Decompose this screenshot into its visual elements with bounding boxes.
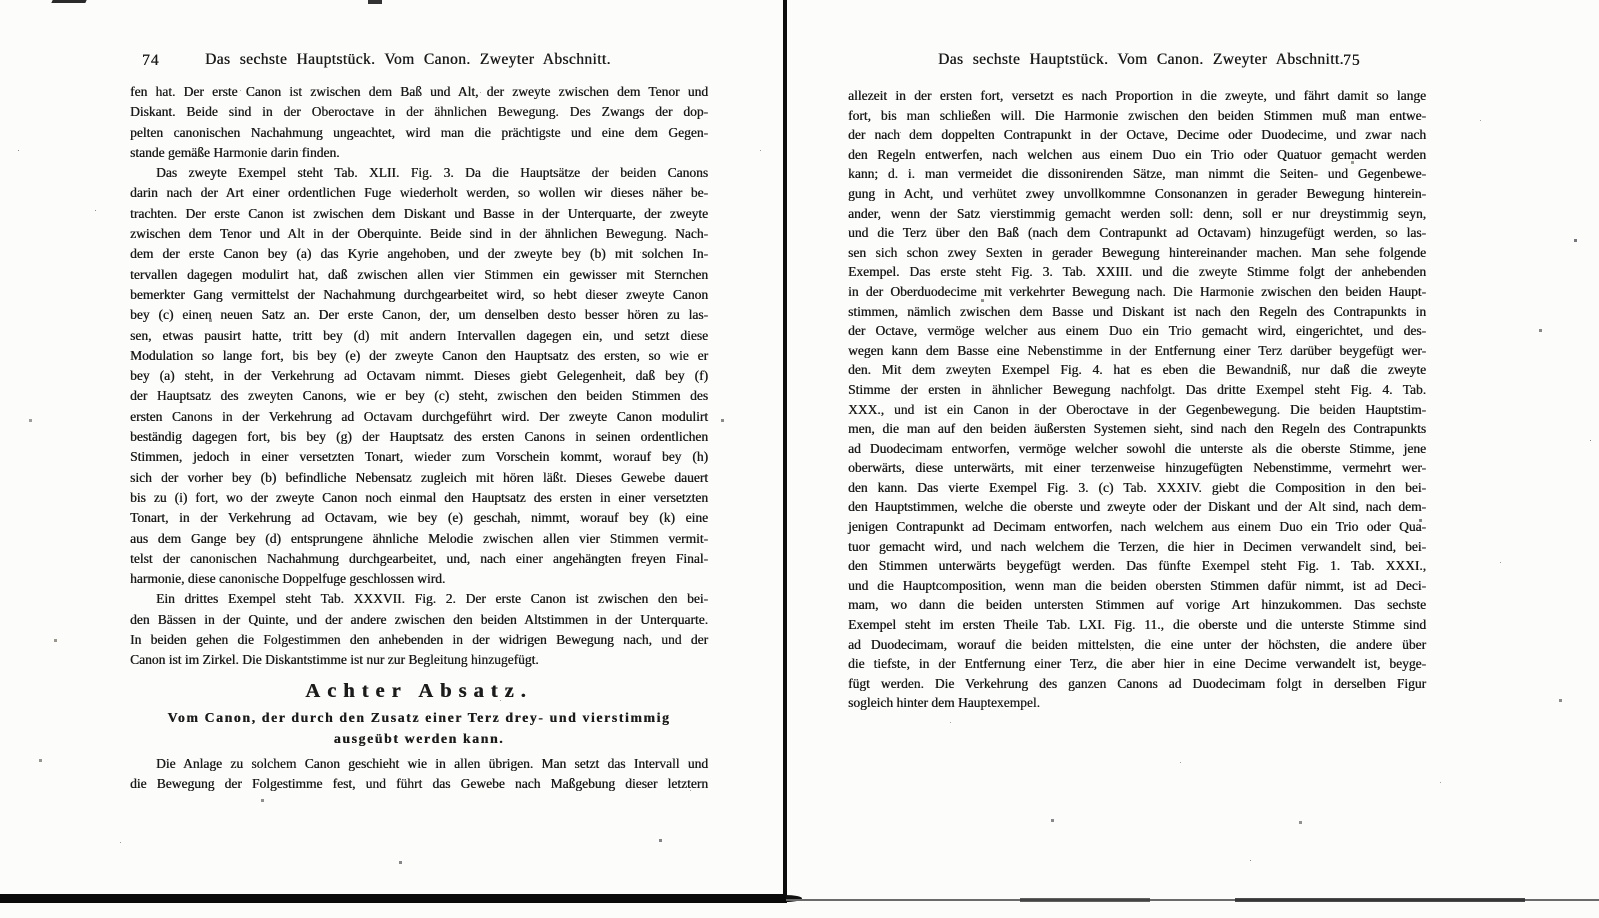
text-line: in der Oberduodecime mit verkehrter Bewe… [848, 282, 1426, 302]
text-line: trachten. Der erste Canon ist zwischen d… [130, 204, 708, 224]
text-line: jenigen Contrapunkt ad Decimam entworfen… [848, 517, 1426, 537]
text-line: Modulation so lange fort, bis bey (e) de… [130, 346, 708, 366]
text-line: sich der vorher bey (b) befindliche Nebe… [130, 468, 708, 488]
text-line: In beiden gehen die Folgestimmen den anh… [130, 630, 708, 650]
binding-gutter-line [783, 0, 787, 903]
text-line: ad Duodecimam, worauf die beiden mittels… [848, 635, 1426, 655]
scan-edge-band-right-dark [1235, 898, 1525, 902]
text-line: bemerkter Gang vermittelst der Nachahmun… [130, 285, 708, 305]
paragraph: Die Anlage zu solchem Canon geschieht wi… [130, 754, 708, 795]
text-line: mam, wo dann die beiden untersten Stimme… [848, 595, 1426, 615]
scanned-book-spread: 74 Das sechste Hauptstück. Vom Canon. Zw… [0, 0, 1599, 918]
text-line: ad Duodecimam entworfen, vermöge welcher… [848, 439, 1426, 459]
text-line: Vom Canon, der durch den Zusatz einer Te… [130, 707, 708, 728]
text-line: pelten canonischen Nachahmung ungeachtet… [130, 123, 708, 143]
text-line: sen, etwas pausirt hatte, tritt bey (d) … [130, 326, 708, 346]
right-text-column: allezeit in der ersten fort, versetzt es… [848, 86, 1426, 713]
text-line: aus dem Gange bey (d) entsprungene ähnli… [130, 529, 708, 549]
text-line: gung in Acht, und verhütet zwey unvollko… [848, 184, 1426, 204]
text-line: der Hauptsatz des zweyten Canons, wie er… [130, 386, 708, 406]
text-line: tervallen dagegen modulirt hat, daß zwis… [130, 265, 708, 285]
text-line: wegen kann dem Basse eine Nebenstimme in… [848, 341, 1426, 361]
section-heading: Achter Absatz. [130, 678, 708, 705]
text-line: oberwärts, diese unterwärts, mit einer t… [848, 458, 1426, 478]
scan-edge-band-right-dark [1020, 898, 1150, 902]
text-line: sen sich schon zwey Sexten in gerader Be… [848, 243, 1426, 263]
running-title-right: Das sechste Hauptstück. Vom Canon. Zweyt… [938, 51, 1290, 69]
section-subheading: Vom Canon, der durch den Zusatz einer Te… [130, 707, 708, 749]
text-line: zwischen dem Tenor und Alt in der Oberqu… [130, 224, 708, 244]
scan-edge-band-left [0, 894, 786, 903]
scan-top-mark [51, 0, 86, 3]
paper-speckles [0, 0, 1, 1]
text-line: Die Anlage zu solchem Canon geschieht wi… [130, 754, 708, 774]
text-line: den Stimmen unterwärts beygefügt werden.… [848, 556, 1426, 576]
text-line: die Bewegung der Folgestimme fest, und f… [130, 774, 708, 794]
text-line: stimmen, nämlich zwischen dem Basse und … [848, 302, 1426, 322]
text-line: fort, bis man schließen will. Die Harmon… [848, 106, 1426, 126]
left-text-column: fen hat. Der erste Canon ist zwischen de… [130, 82, 708, 794]
text-line: und die Terz über den Baß (nach dem Cont… [848, 223, 1426, 243]
text-line: Diskant. Beide sind in der Oberoctave in… [130, 102, 708, 122]
text-line: Ein drittes Exempel steht Tab. XXXVII. F… [130, 589, 708, 609]
paragraph: fen hat. Der erste Canon ist zwischen de… [130, 82, 708, 163]
text-line: dem der erste Canon bey (a) das Kyrie an… [130, 244, 708, 264]
paragraph: Das zweyte Exempel steht Tab. XLII. Fig.… [130, 163, 708, 589]
text-line: telst der canonischen Nachahmung durchge… [130, 549, 708, 569]
text-line: Das zweyte Exempel steht Tab. XLII. Fig.… [130, 163, 708, 183]
text-line: tuor gemacht wird, und nach welchem die … [848, 537, 1426, 557]
text-line: Exempel steht im ersten Theile Tab. LXI.… [848, 615, 1426, 635]
text-line: die tiefste, in der Entfernung einer Ter… [848, 654, 1426, 674]
text-line: ausgeübt werden kann. [130, 728, 708, 749]
page-number-right: 75 [1343, 52, 1361, 70]
text-line: kann; d. i. man vermeidet die dissoniren… [848, 164, 1426, 184]
paragraph: Ein drittes Exempel steht Tab. XXXVII. F… [130, 589, 708, 670]
text-line: sogleich hinter dem Hauptexempel. [848, 693, 1426, 713]
text-line: Canon ist im Zirkel. Die Diskantstimme i… [130, 650, 708, 670]
text-line: Achter Absatz. [130, 678, 708, 705]
running-title-left: Das sechste Hauptstück. Vom Canon. Zweyt… [205, 51, 557, 69]
text-line: allezeit in der ersten fort, versetzt es… [848, 86, 1426, 106]
text-line: und die Hauptcomposition, wenn man die b… [848, 576, 1426, 596]
scan-top-mark [368, 0, 382, 4]
text-line: fen hat. Der erste Canon ist zwischen de… [130, 82, 708, 102]
text-line: der Octave, vermöge welcher aus einem Du… [848, 321, 1426, 341]
text-line: bey (a) steht, in der Verkehrung ad Octa… [130, 366, 708, 386]
text-line: Stimmen, jedoch in einer versetzten Tona… [130, 447, 708, 467]
text-line: bis zu (i) fort, wo der zweyte Canon noc… [130, 488, 708, 508]
text-line: ander, wenn der Satz vierstimmig gemacht… [848, 204, 1426, 224]
text-line: den Hauptstimmen, welche die oberste und… [848, 497, 1426, 517]
text-line: Stimme der ersten in ähnlicher Bewegung … [848, 380, 1426, 400]
page-number-left: 74 [142, 52, 160, 70]
text-line: darin nach der Art einer ordentlichen Fu… [130, 183, 708, 203]
text-line: den Regeln entwerfen, nach welchen aus e… [848, 145, 1426, 165]
paragraph: allezeit in der ersten fort, versetzt es… [848, 86, 1426, 713]
text-line: Tonart, in der Verkehrung ad Octavam, wi… [130, 508, 708, 528]
text-line: Exempel. Das erste steht Fig. 3. Tab. XX… [848, 262, 1426, 282]
text-line: men, die man auf den beiden äußersten Sy… [848, 419, 1426, 439]
text-line: beständig dagegen fort, bis bey (g) der … [130, 427, 708, 447]
text-line: den. Mit dem zweyten Exempel Fig. 4. hat… [848, 360, 1426, 380]
text-line: ersten Canons in der Verkehrung ad Octav… [130, 407, 708, 427]
text-line: stande gemäße Harmonie darin finden. [130, 143, 708, 163]
text-line: bey (c) einen neuen Satz an. Der erste C… [130, 305, 708, 325]
text-line: den kann. Das vierte Exempel Fig. 3. (c)… [848, 478, 1426, 498]
text-line: harmonie, diese canonische Doppelfuge ge… [130, 569, 708, 589]
text-line: den Bässen in der Quinte, und der andere… [130, 610, 708, 630]
text-line: der nach dem doppelten Contrapunkt in de… [848, 125, 1426, 145]
text-line: XXX., und ist ein Canon in der Oberoctav… [848, 400, 1426, 420]
text-line: fügt werden. Die Verkehrung des ganzen C… [848, 674, 1426, 694]
